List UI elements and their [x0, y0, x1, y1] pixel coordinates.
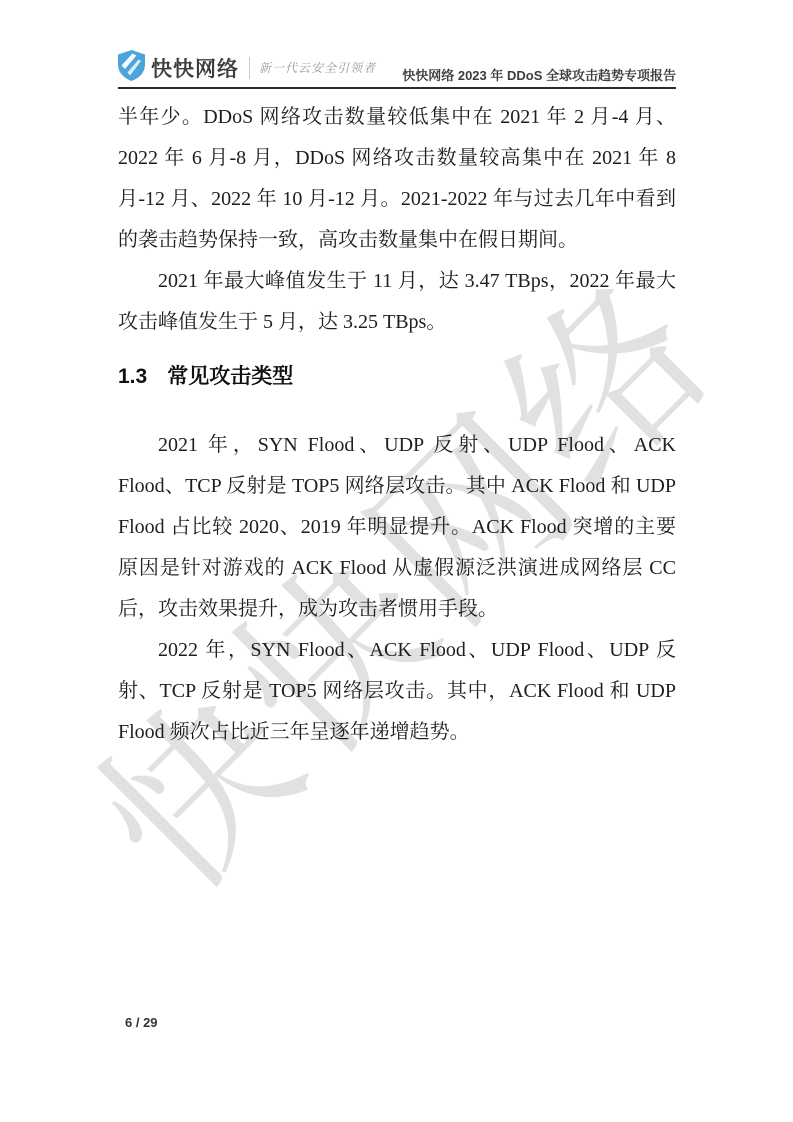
paragraph-2022-top5: 2022 年，SYN Flood、ACK Flood、UDP Flood、UDP…	[118, 630, 676, 753]
paragraph-attack-volume: 半年少。DDoS 网络攻击数量较低集中在 2021 年 2 月-4 月、2022…	[118, 97, 676, 261]
document-body: 半年少。DDoS 网络攻击数量较低集中在 2021 年 2 月-4 月、2022…	[118, 97, 676, 753]
section-title: 常见攻击类型	[167, 365, 293, 388]
brand-name: 快快网络	[151, 53, 239, 83]
paragraph-peak-values: 2021 年最大峰值发生于 11 月，达 3.47 TBps，2022 年最大攻…	[118, 261, 676, 343]
paragraph-2021-top5: 2021 年，SYN Flood、UDP 反射、UDP Flood、ACK Fl…	[118, 425, 676, 630]
logo-divider	[249, 57, 250, 79]
page-number: 6 / 29	[125, 1015, 158, 1030]
header-rule	[118, 87, 676, 89]
brand-logo: 快快网络 新一代云安全引领者	[118, 50, 376, 86]
shield-icon	[118, 50, 145, 86]
section-number: 1.3	[118, 365, 147, 388]
section-heading-1-3: 1.3常见攻击类型	[118, 363, 676, 391]
report-header-title: 快快网络 2023 年 DDoS 全球攻击趋势专项报告	[402, 65, 676, 86]
page-footer: 6 / 29	[125, 1015, 158, 1030]
report-page: 快快网络 快快网络 新一代云安全引领者 快快网络 2023 年 DDoS 全球攻…	[0, 0, 793, 1122]
brand-slogan: 新一代云安全引领者	[259, 59, 376, 78]
page-header: 快快网络 新一代云安全引领者 快快网络 2023 年 DDoS 全球攻击趋势专项…	[118, 48, 676, 86]
